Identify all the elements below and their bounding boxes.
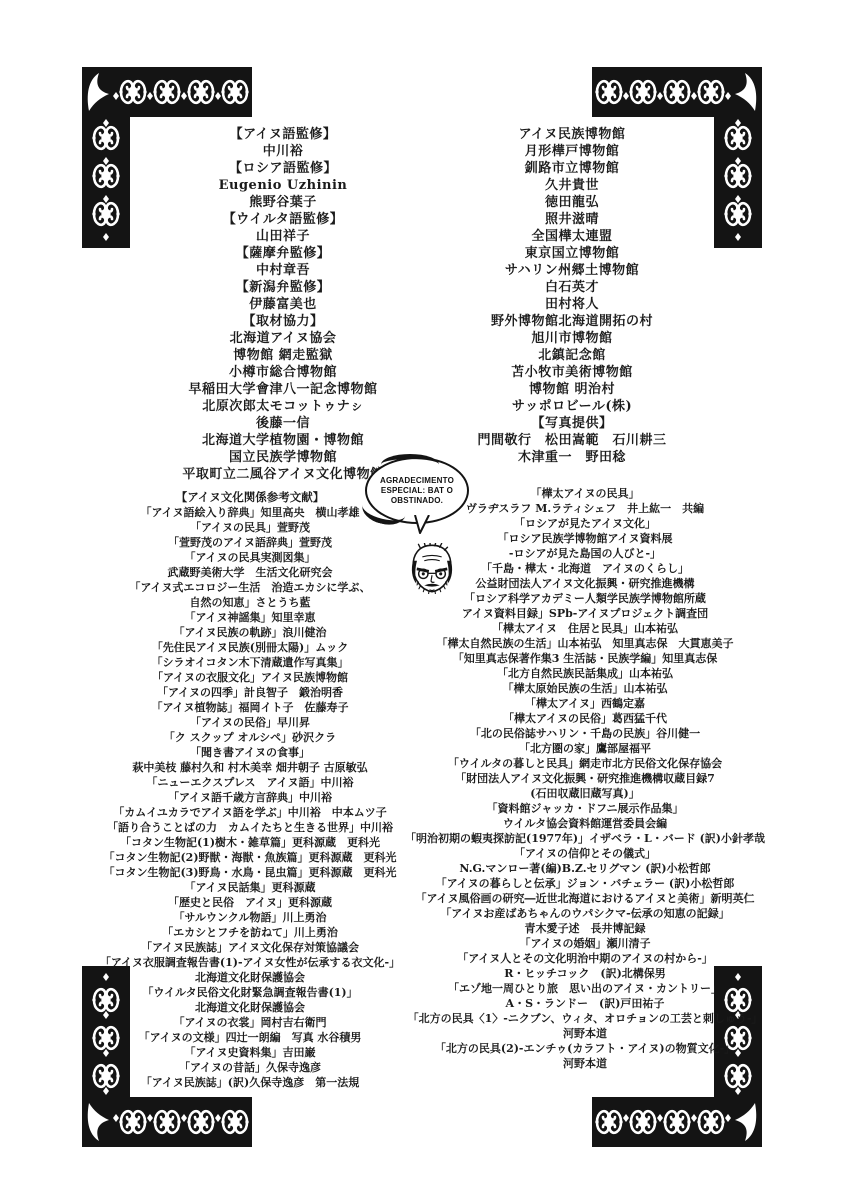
credit-line: 釧路市立博物館	[352, 160, 792, 177]
credit-line: 月形樺戸博物館	[352, 143, 792, 160]
reference-line: 「知里真志保著作集3 生活誌・民族学編」知里真志保	[375, 651, 795, 666]
reference-line: 「資料館ジャッカ・ドフニ展示作品集」	[375, 801, 795, 816]
reference-line: 「北方の民具(2)-エンチゥ(カラフト・アイヌ)の物質文化-」	[375, 1041, 795, 1056]
reference-line: 河野本道	[375, 1056, 795, 1071]
credit-line: 博物館 明治村	[352, 381, 792, 398]
reference-line: (石田収蔵旧蔵写真)」	[375, 786, 795, 801]
credit-line: アイヌ民族博物館	[352, 126, 792, 143]
credit-line: 東京国立博物館	[352, 245, 792, 262]
credit-line: 旭川市博物館	[352, 330, 792, 347]
reference-line: N.G.マンロー著(編)B.Z.セリグマン (訳)小松哲郎	[375, 861, 795, 876]
reference-line: 「アイヌの信仰とその儀式」	[375, 846, 795, 861]
reference-line: ウイルタ協会資料館運営委員会編	[375, 816, 795, 831]
reference-line: 「アイヌお産ばあちゃんのウパシクマ-伝承の知恵の記録」	[375, 906, 795, 921]
bearded-man-face-icon	[403, 543, 461, 594]
reference-line: 「北の民俗誌サハリン・千島の民族」谷川健一	[375, 726, 795, 741]
reference-line: 河野本道	[375, 1026, 795, 1041]
credit-line: サッポロビール(株)	[352, 398, 792, 415]
reference-line: 「北方の民具〈1〉-ニクブン、ウィタ、オロチョンの工芸と刺しゅう-」	[375, 1011, 795, 1026]
credit-line: 全国樺太連盟	[352, 228, 792, 245]
cooperation-credits-column: アイヌ民族博物館月形樺戸博物館釧路市立博物館久井貴世徳田龍弘照井滋晴全国樺太連盟…	[352, 126, 792, 466]
credit-line: 野外博物館北海道開拓の村	[352, 313, 792, 330]
reference-line: 「北方自然民族民話集成」山本祐弘	[375, 666, 795, 681]
reference-line: 「アイヌの婚姻」瀬川清子	[375, 936, 795, 951]
reference-line: 「樺太アイヌ 住居と民具」山本祐弘	[375, 621, 795, 636]
manga-credits-page: 【アイヌ語監修】中川裕【ロシア語監修】Eugenio Uzhinin熊野谷葉子【…	[0, 0, 844, 1200]
speech-bubble-tail	[413, 515, 431, 535]
reference-line: アイヌ資料目録」SPb-アイヌプロジェクト調査団	[375, 606, 795, 621]
speech-bubble-text: AGRADECIMENTO ESPECIAL: BAT O OBSTINADO.	[374, 476, 460, 506]
credit-line: 久井貴世	[352, 177, 792, 194]
credit-line: サハリン州郷土博物館	[352, 262, 792, 279]
credit-line: 田村将人	[352, 296, 792, 313]
reference-line: 「ウイルタの暮しと民具」網走市北方民俗文化保存協会	[375, 756, 795, 771]
credit-line: 【写真提供】	[352, 415, 792, 432]
reference-line: 「エゾ地一周ひとり旅 思い出のアイヌ・カントリー」	[375, 981, 795, 996]
reference-line: 「財団法人アイヌ文化振興・研究推進機構収蔵目録7	[375, 771, 795, 786]
credit-line: 門間敬行 松田嵩範 石川耕三	[352, 432, 792, 449]
reference-line: 「樺太アイヌの民俗」葛西猛千代	[375, 711, 795, 726]
reference-line: 「明治初期の蝦夷探訪記(1977年)」イザベラ・L・バード (訳)小針孝哉	[375, 831, 795, 846]
credit-line: 白石英才	[352, 279, 792, 296]
reference-line: 「北方圏の家」鷹部屋福平	[375, 741, 795, 756]
credit-line: 北鎮記念館	[352, 347, 792, 364]
credit-line: 徳田龍弘	[352, 194, 792, 211]
speech-bubble: AGRADECIMENTO ESPECIAL: BAT O OBSTINADO.	[365, 457, 469, 524]
reference-line: 「アイヌの暮らしと伝承」ジョン・バチェラー (訳)小松哲郎	[375, 876, 795, 891]
reference-line: 「アイヌ民族誌」(訳)久保寺逸彦 第一法規	[28, 1075, 472, 1090]
credit-line: 苫小牧市美術博物館	[352, 364, 792, 381]
reference-line: A・S・ランドー (訳)戸田祐子	[375, 996, 795, 1011]
reference-line: 「樺太原始民族の生活」山本祐弘	[375, 681, 795, 696]
credit-line: 照井滋晴	[352, 211, 792, 228]
reference-line: R・ヒッチコック (訳)北構保男	[375, 966, 795, 981]
reference-line: 「樺太自然民族の生活」山本祐弘 知里真志保 大貫恵美子	[375, 636, 795, 651]
reference-line: 「樺太アイヌ」西鶴定嘉	[375, 696, 795, 711]
reference-line: 「アイヌ風俗画の研究―近世北海道におけるアイヌと美術」新明英仁	[375, 891, 795, 906]
reference-line: 「アイヌ人とその文化明治中期のアイヌの村から-」	[375, 951, 795, 966]
reference-line: 青木愛子述 長井博記録	[375, 921, 795, 936]
